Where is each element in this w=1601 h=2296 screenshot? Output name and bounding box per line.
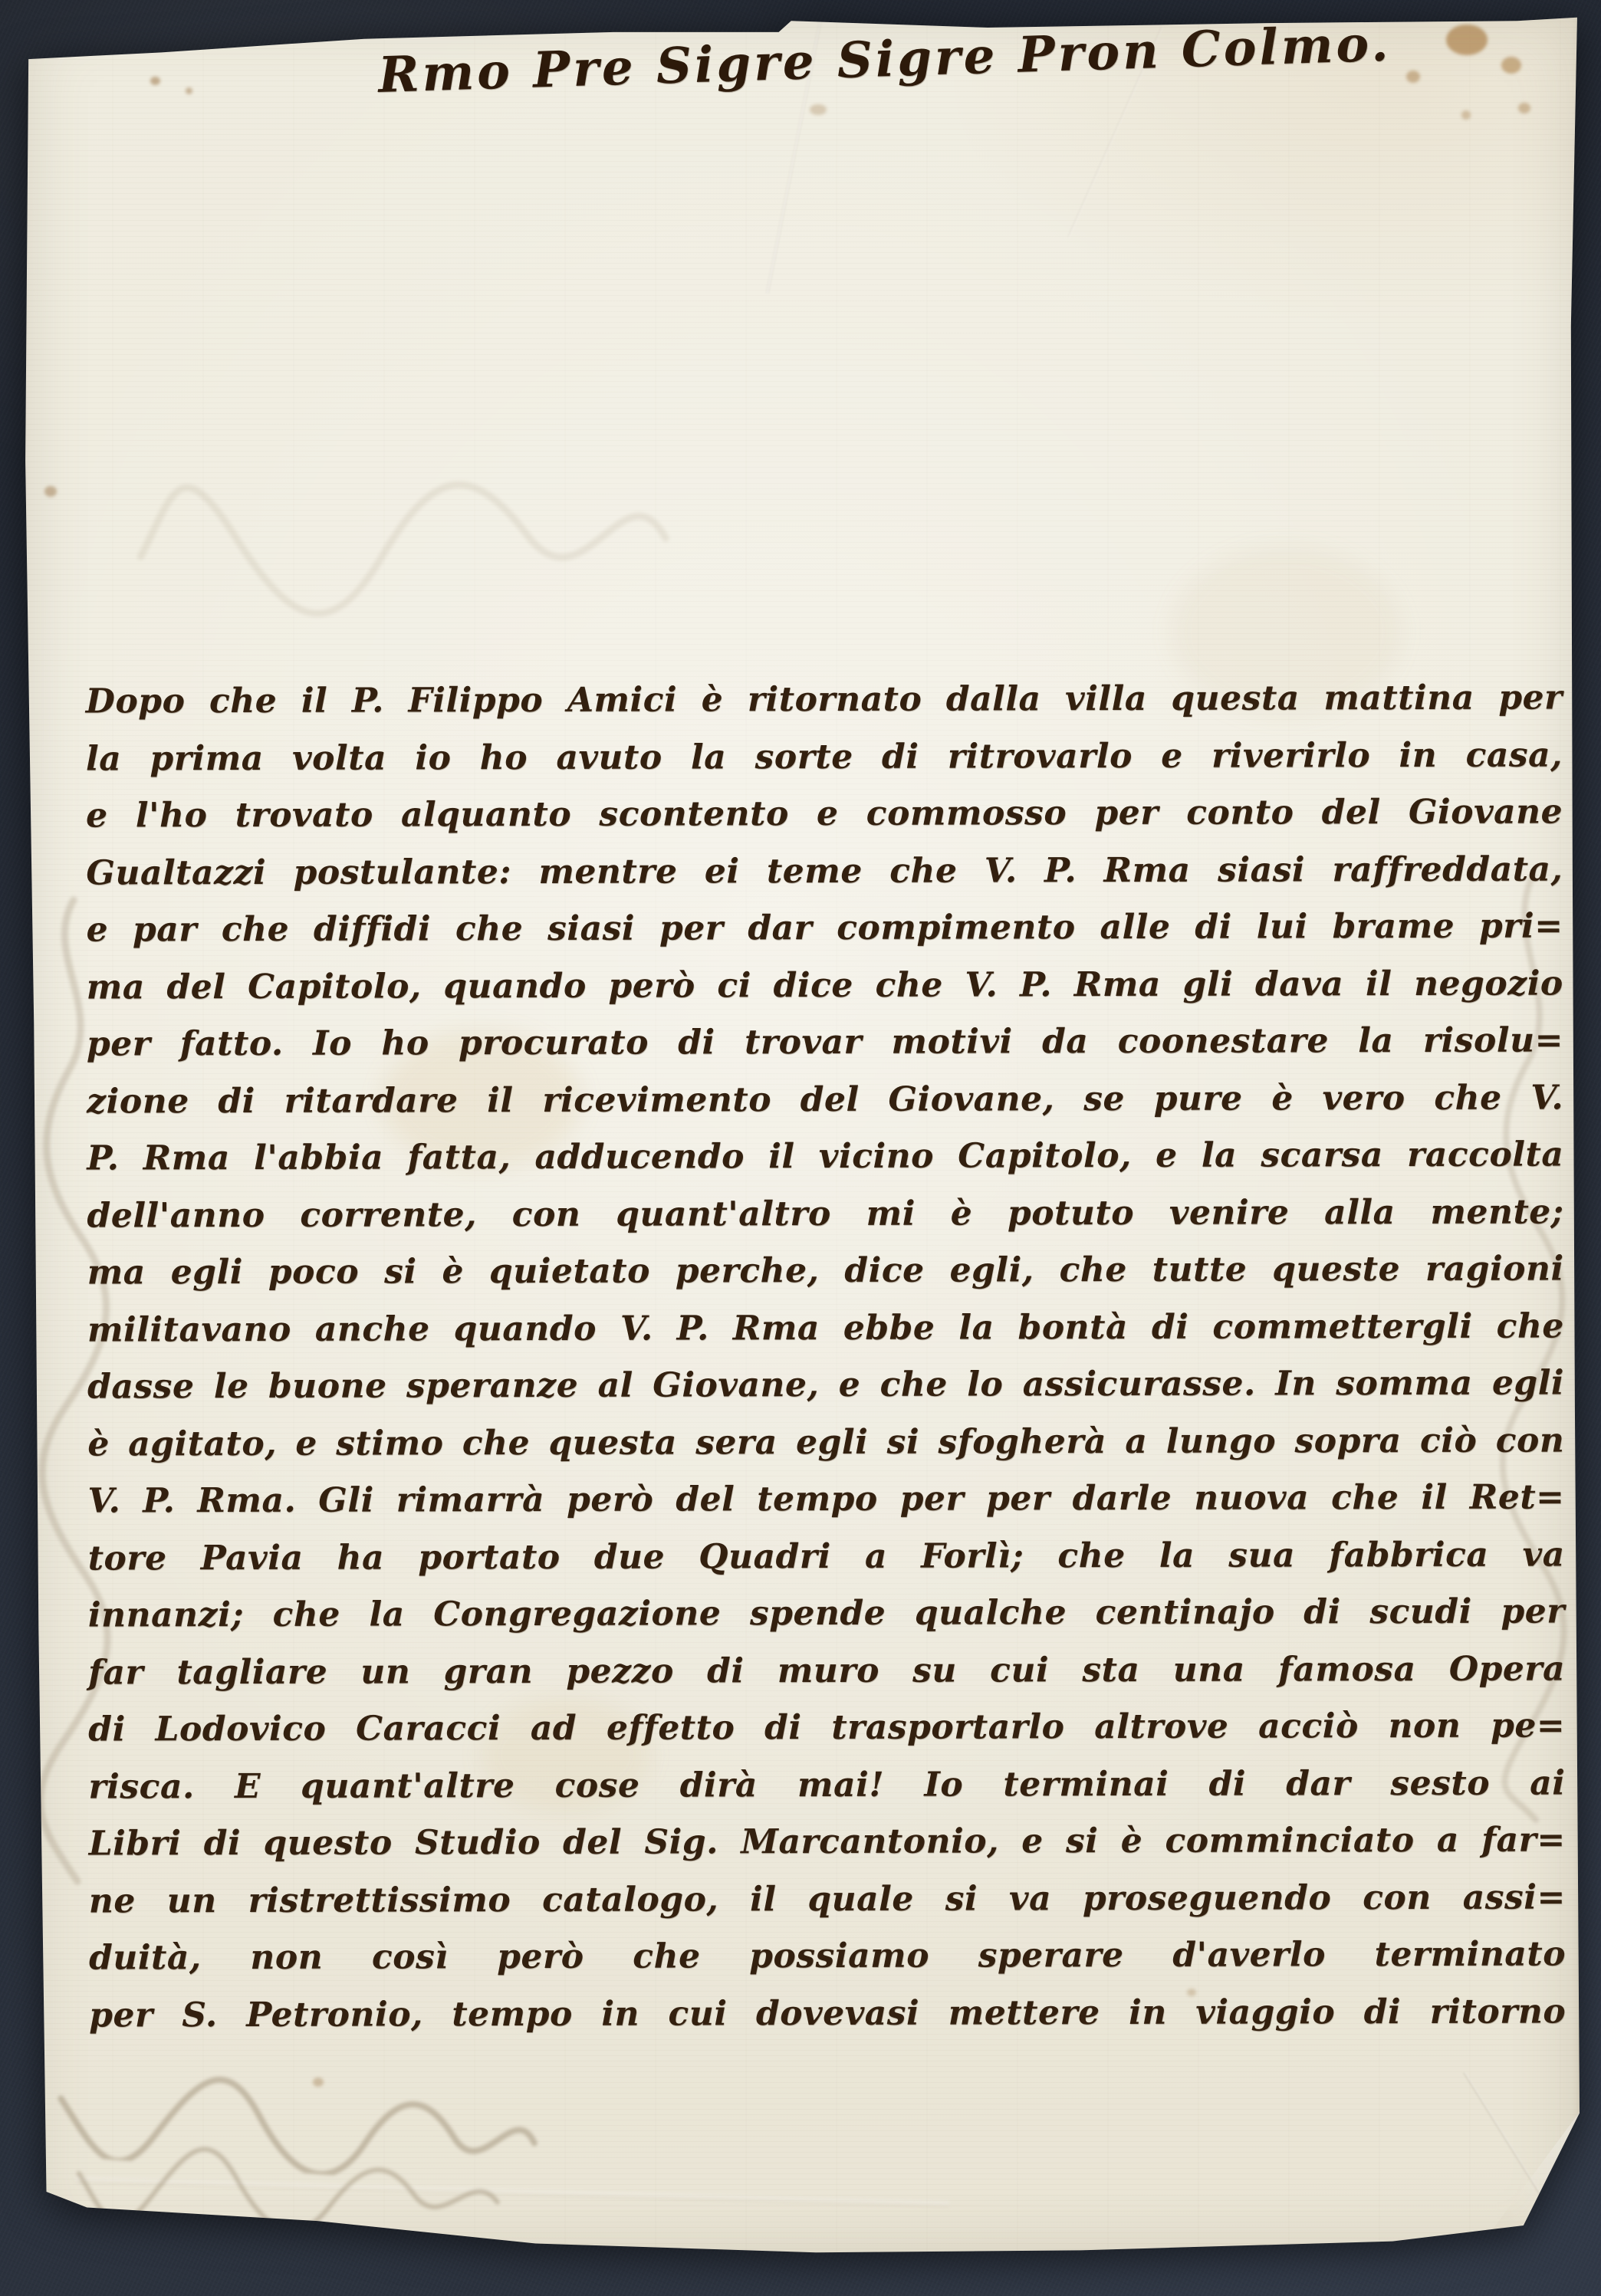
letter-line: dell'anno corrente, con quant'altro mi è…: [87, 1184, 1563, 1245]
letter-line: ma egli poco si è quietato perche, dice …: [87, 1240, 1564, 1302]
letter-line: dasse le buone speranze al Giovane, e ch…: [87, 1355, 1564, 1416]
salutation-line: Rmo Pre Sigre Sigre Pron Colmo.: [377, 21, 1207, 104]
letter-line: innanzi; che la Congregazione spende qua…: [88, 1583, 1565, 1644]
letter-page: Rmo Pre Sigre Sigre Pron Colmo. Dopo che…: [21, 11, 1580, 2262]
letter-line: ne un ristrettissimo catalogo, il quale …: [89, 1869, 1566, 1930]
foxing-stain: [810, 104, 827, 115]
ink-bleedthrough: [49, 2056, 546, 2189]
foxing-stain: [313, 2078, 324, 2087]
letter-line: militavano anche quando V. P. Rma ebbe l…: [87, 1298, 1564, 1359]
letter-line: duità, non così però che possiamo sperar…: [89, 1926, 1566, 1987]
scan-backdrop: Rmo Pre Sigre Sigre Pron Colmo. Dopo che…: [0, 0, 1601, 2296]
foxing-stain: [44, 486, 57, 497]
letter-line: ma del Capitolo, quando però ci dice che…: [87, 955, 1563, 1017]
letter-line: la prima volta io ho avuto la sorte di r…: [86, 727, 1563, 788]
foxing-stain: [1406, 71, 1420, 83]
bottom-edge-fold: [75, 2177, 949, 2208]
foxing-stain: [1461, 110, 1471, 120]
letter-body: Dopo che il P. Filippo Amici è ritornato…: [86, 669, 1566, 2044]
corner-fold: [1449, 2085, 1589, 2265]
letter-line: tore Pavia ha portato due Quadri a Forlì…: [88, 1526, 1565, 1588]
letter-line: per fatto. Io ho procurato di trovar mot…: [87, 1012, 1563, 1073]
letter-line: per S. Petronio, tempo in cui dovevasi m…: [89, 1983, 1566, 2045]
letter-line: Libri di questo Studio del Sig. Marcanto…: [89, 1812, 1566, 1873]
letter-line: Gualtazzi postulante: mentre ei teme che…: [86, 841, 1563, 902]
foxing-stain: [186, 87, 192, 94]
foxing-stain: [1518, 103, 1530, 113]
foxing-stain: [150, 77, 160, 85]
letter-line: Dopo che il P. Filippo Amici è ritornato…: [86, 669, 1563, 731]
letter-line: e l'ho trovato alquanto scontento e comm…: [86, 783, 1563, 845]
letter-line: è agitato, e stimo che questa sera egli …: [87, 1412, 1564, 1473]
foxing-stain: [1501, 57, 1521, 74]
letter-line: P. Rma l'abbia fatta, adducendo il vicin…: [87, 1126, 1563, 1187]
letter-line: di Lodovico Caracci ad effetto di traspo…: [88, 1697, 1565, 1759]
letter-line: zione di ritardare il ricevimento del Gi…: [87, 1069, 1563, 1131]
letter-line: e par che diffidi che siasi per dar comp…: [86, 898, 1563, 959]
letter-line: risca. E quant'altre cose dirà mai! Io t…: [88, 1755, 1565, 1816]
letter-line: V. P. Rma. Gli rimarrà però del tempo pe…: [87, 1469, 1564, 1530]
letter-line: far tagliare un gran pezzo di muro su cu…: [88, 1641, 1565, 1702]
foxing-stain: [1446, 25, 1488, 55]
ink-bleedthrough: [133, 431, 677, 649]
paper-shadow: Rmo Pre Sigre Sigre Pron Colmo. Dopo che…: [0, 0, 1601, 2296]
